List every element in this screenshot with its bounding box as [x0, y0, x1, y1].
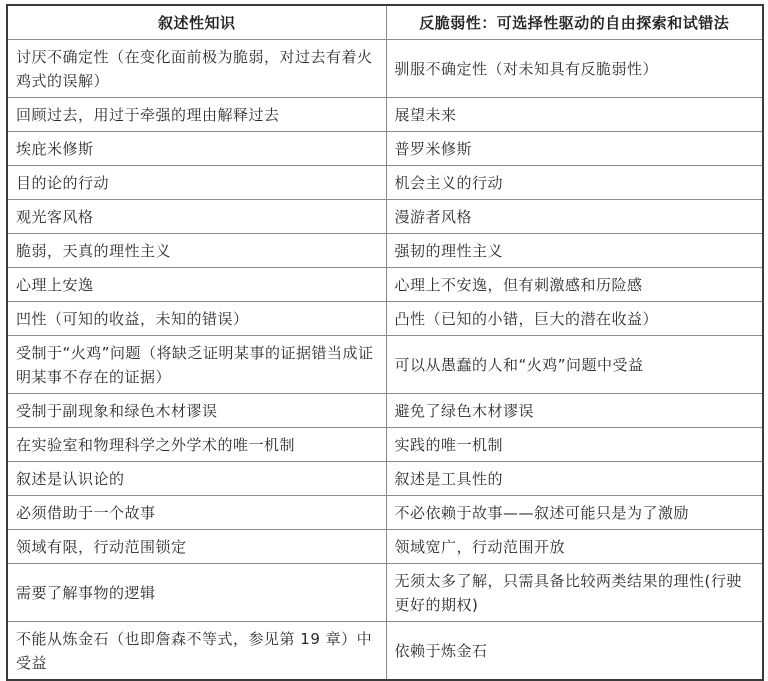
cell-antifragile: 凸性（已知的小错，巨大的潜在收益） — [386, 302, 763, 336]
cell-antifragile: 实践的唯一机制 — [386, 428, 763, 462]
column-header-narrative-knowledge: 叙述性知识 — [7, 5, 386, 40]
cell-antifragile: 强韧的理性主义 — [386, 234, 763, 268]
cell-antifragile: 普罗米修斯 — [386, 132, 763, 166]
table-row: 讨厌不确定性（在变化面前极为脆弱，对过去有着火鸡式的误解） 驯服不确定性（对未知… — [7, 40, 763, 98]
cell-narrative: 叙述是认识论的 — [7, 462, 386, 496]
cell-narrative: 观光客风格 — [7, 200, 386, 234]
cell-narrative: 凹性（可知的收益，未知的错误） — [7, 302, 386, 336]
cell-narrative: 目的论的行动 — [7, 166, 386, 200]
cell-antifragile: 避免了绿色木材谬误 — [386, 394, 763, 428]
column-header-antifragility: 反脆弱性：可选择性驱动的自由探索和试错法 — [386, 5, 763, 40]
cell-antifragile: 展望未来 — [386, 98, 763, 132]
comparison-table-container: 叙述性知识 反脆弱性：可选择性驱动的自由探索和试错法 讨厌不确定性（在变化面前极… — [6, 4, 762, 681]
cell-antifragile: 可以从愚蠢的人和“火鸡”问题中受益 — [386, 336, 763, 394]
cell-narrative: 回顾过去，用过于牵强的理由解释过去 — [7, 98, 386, 132]
table-row: 凹性（可知的收益，未知的错误） 凸性（已知的小错，巨大的潜在收益） — [7, 302, 763, 336]
table-row: 必须借助于一个故事 不必依赖于故事——叙述可能只是为了激励 — [7, 496, 763, 530]
cell-antifragile: 叙述是工具性的 — [386, 462, 763, 496]
cell-antifragile: 驯服不确定性（对未知具有反脆弱性） — [386, 40, 763, 98]
cell-narrative: 受制于“火鸡”问题（将缺乏证明某事的证据错当成证明某事不存在的证据） — [7, 336, 386, 394]
table-row: 领域有限，行动范围锁定 领域宽广，行动范围开放 — [7, 530, 763, 564]
table-row: 目的论的行动 机会主义的行动 — [7, 166, 763, 200]
table-row: 不能从炼金石（也即詹森不等式，参见第 19 章）中受益 依赖于炼金石 — [7, 622, 763, 681]
table-row: 在实验室和物理科学之外学术的唯一机制 实践的唯一机制 — [7, 428, 763, 462]
cell-narrative: 心理上安逸 — [7, 268, 386, 302]
cell-antifragile: 无须太多了解，只需具备比较两类结果的理性(行驶更好的期权) — [386, 564, 763, 622]
cell-narrative: 受制于副现象和绿色木材谬误 — [7, 394, 386, 428]
cell-antifragile: 不必依赖于故事——叙述可能只是为了激励 — [386, 496, 763, 530]
table-row: 回顾过去，用过于牵强的理由解释过去 展望未来 — [7, 98, 763, 132]
cell-narrative: 领域有限，行动范围锁定 — [7, 530, 386, 564]
table-row: 受制于“火鸡”问题（将缺乏证明某事的证据错当成证明某事不存在的证据） 可以从愚蠢… — [7, 336, 763, 394]
cell-narrative: 在实验室和物理科学之外学术的唯一机制 — [7, 428, 386, 462]
comparison-table: 叙述性知识 反脆弱性：可选择性驱动的自由探索和试错法 讨厌不确定性（在变化面前极… — [6, 4, 764, 681]
cell-narrative: 不能从炼金石（也即詹森不等式，参见第 19 章）中受益 — [7, 622, 386, 681]
table-row: 观光客风格 漫游者风格 — [7, 200, 763, 234]
cell-narrative: 必须借助于一个故事 — [7, 496, 386, 530]
cell-antifragile: 漫游者风格 — [386, 200, 763, 234]
cell-narrative: 需要了解事物的逻辑 — [7, 564, 386, 622]
cell-antifragile: 心理上不安逸，但有刺激感和历险感 — [386, 268, 763, 302]
cell-narrative: 讨厌不确定性（在变化面前极为脆弱，对过去有着火鸡式的误解） — [7, 40, 386, 98]
table-row: 埃庇米修斯 普罗米修斯 — [7, 132, 763, 166]
table-row: 叙述是认识论的 叙述是工具性的 — [7, 462, 763, 496]
table-row: 脆弱，天真的理性主义 强韧的理性主义 — [7, 234, 763, 268]
table-row: 受制于副现象和绿色木材谬误 避免了绿色木材谬误 — [7, 394, 763, 428]
cell-antifragile: 领域宽广，行动范围开放 — [386, 530, 763, 564]
cell-antifragile: 机会主义的行动 — [386, 166, 763, 200]
table-row: 需要了解事物的逻辑 无须太多了解，只需具备比较两类结果的理性(行驶更好的期权) — [7, 564, 763, 622]
table-row: 心理上安逸 心理上不安逸，但有刺激感和历险感 — [7, 268, 763, 302]
table-header-row: 叙述性知识 反脆弱性：可选择性驱动的自由探索和试错法 — [7, 5, 763, 40]
cell-narrative: 脆弱，天真的理性主义 — [7, 234, 386, 268]
cell-antifragile: 依赖于炼金石 — [386, 622, 763, 681]
cell-narrative: 埃庇米修斯 — [7, 132, 386, 166]
